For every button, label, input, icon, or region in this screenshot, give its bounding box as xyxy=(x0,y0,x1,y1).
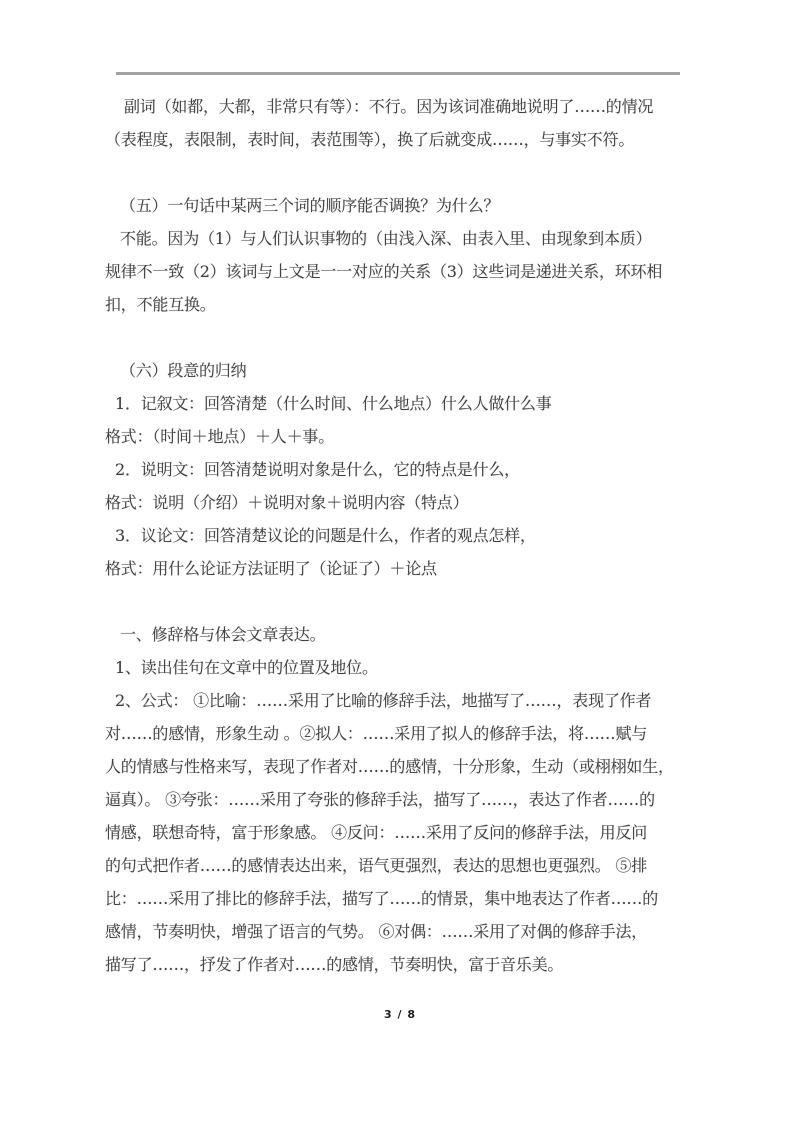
text-line: 比：……采用了排比的修辞手法，描写了……的情景，集中地表达了作者……的 xyxy=(105,882,715,915)
page-number: 3 / 8 xyxy=(384,1008,416,1021)
page-footer: 3 / 8 xyxy=(0,1008,800,1021)
section-heading: （六）段意的归纳 xyxy=(105,354,715,387)
text-line: 不能。因为（1）与人们认识事物的（由浅入深、由表入里、由现象到本质） xyxy=(105,222,715,255)
header-rule xyxy=(116,72,680,75)
section-six: （六）段意的归纳 1．记叙文：回答清楚（什么时间、什么地点）什么人做什么事 格式… xyxy=(105,354,715,585)
list-item: 3．议论文：回答清楚议论的问题是什么，作者的观点怎样， xyxy=(105,519,715,552)
text-line: 的句式把作者……的感情表达出来，语气更强烈，表达的思想也更强烈。 ⑤排 xyxy=(105,849,715,882)
list-item: 2、公式： ①比喻：……采用了比喻的修辞手法，地描写了……，表现了作者 xyxy=(105,684,715,717)
list-item: 2．说明文：回答清楚说明对象是什么，它的特点是什么， xyxy=(105,453,715,486)
text-line: 人的情感与性格来写，表现了作者对……的感情，十分形象，生动（或栩栩如生， xyxy=(105,750,715,783)
paragraph-adverb: 副词（如都，大都，非常只有等）：不行。因为该词准确地说明了……的情况 （表程度，… xyxy=(105,90,715,156)
section-five: （五）一句话中某两三个词的顺序能否调换？为什么？ 不能。因为（1）与人们认识事物… xyxy=(105,189,715,321)
text-line: 副词（如都，大都，非常只有等）：不行。因为该词准确地说明了……的情况 xyxy=(105,90,715,123)
text-line: 规律不一致（2）该词与上文是一一对应的关系（3）这些词是递进关系，环环相 xyxy=(105,255,715,288)
document-page: 副词（如都，大都，非常只有等）：不行。因为该词准确地说明了……的情况 （表程度，… xyxy=(0,0,800,1132)
text-line: 感情，节奏明快，增强了语言的气势。 ⑥对偶：……采用了对偶的修辞手法， xyxy=(105,915,715,948)
text-line: 对……的感情，形象生动 。②拟人：……采用了拟人的修辞手法，将……赋与 xyxy=(105,717,715,750)
text-line: 格式：（时间＋地点）＋人＋事。 xyxy=(105,420,715,453)
section-heading: （五）一句话中某两三个词的顺序能否调换？为什么？ xyxy=(105,189,715,222)
text-line: （表程度，表限制，表时间，表范围等），换了后就变成……，与事实不符。 xyxy=(105,123,715,156)
text-line: 格式：用什么论证方法证明了（论证了）＋论点 xyxy=(105,552,715,585)
section-heading: 一、修辞格与体会文章表达。 xyxy=(105,618,715,651)
text-line: 描写了……，抒发了作者对……的感情，节奏明快，富于音乐美。 xyxy=(105,948,715,981)
document-body: 副词（如都，大都，非常只有等）：不行。因为该词准确地说明了……的情况 （表程度，… xyxy=(105,90,715,981)
text-line: 格式：说明（介绍）＋说明对象＋说明内容（特点） xyxy=(105,486,715,519)
text-line: 逼真）。 ③夸张：……采用了夸张的修辞手法，描写了……，表达了作者……的 xyxy=(105,783,715,816)
list-item: 1、读出佳句在文章中的位置及地位。 xyxy=(105,651,715,684)
section-rhetoric: 一、修辞格与体会文章表达。 1、读出佳句在文章中的位置及地位。 2、公式： ①比… xyxy=(105,618,715,981)
text-line: 扣，不能互换。 xyxy=(105,288,715,321)
text-line: 情感，联想奇特，富于形象感。 ④反问：……采用了反问的修辞手法，用反问 xyxy=(105,816,715,849)
list-item: 1．记叙文：回答清楚（什么时间、什么地点）什么人做什么事 xyxy=(105,387,715,420)
